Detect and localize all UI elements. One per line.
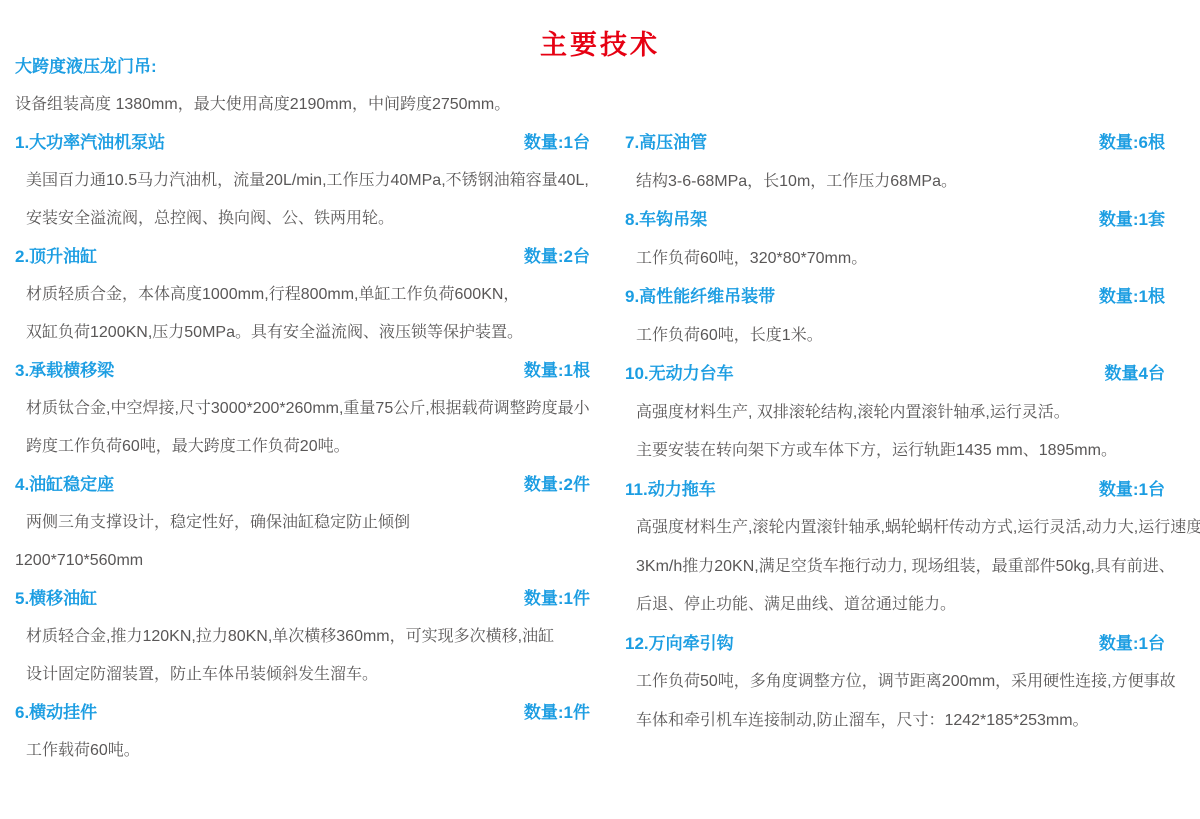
spec-item: 9.高性能纤维吊装带数量:1根工作负荷60吨，长度1米。 <box>625 278 1180 355</box>
item-heading-row: 1.大功率汽油机泵站数量:1台 <box>15 124 590 162</box>
item-name: 1.大功率汽油机泵站 <box>15 124 165 162</box>
right-items-list: 7.高压油管数量:6根结构3-6-68MPa，长10m，工作压力68MPa。8.… <box>625 124 1180 740</box>
item-quantity: 数量:1台 <box>524 124 590 162</box>
item-heading-row: 6.横动挂件数量:1件 <box>15 694 590 732</box>
item-description-line: 材质钛合金,中空焊接,尺寸3000*200*260mm,重量75公斤,根据载荷调… <box>15 390 590 428</box>
item-name: 9.高性能纤维吊装带 <box>625 278 775 317</box>
item-heading-row: 2.顶升油缸数量:2台 <box>15 238 590 276</box>
item-quantity: 数量:1件 <box>524 694 590 732</box>
item-heading-row: 9.高性能纤维吊装带数量:1根 <box>625 278 1180 317</box>
spec-item: 2.顶升油缸数量:2台材质轻质合金，本体高度1000mm,行程800mm,单缸工… <box>15 238 590 352</box>
item-description-line: 高强度材料生产, 双排滚轮结构,滚轮内置滚针轴承,运行灵活。 <box>625 394 1180 433</box>
columns-container: 大跨度液压龙门吊: 设备组装高度 1380mm，最大使用高度2190mm，中间跨… <box>0 48 1200 770</box>
item-quantity: 数量:1根 <box>524 352 590 390</box>
item-description-line: 双缸负荷1200KN,压力50MPa。具有安全溢流阀、液压锁等保护装置。 <box>15 314 590 352</box>
item-description-line: 后退、停止功能、满足曲线、道岔通过能力。 <box>625 586 1180 625</box>
item-description-line: 设计固定防溜装置，防止车体吊装倾斜发生溜车。 <box>15 656 590 694</box>
spec-item: 5.横移油缸数量:1件材质轻合金,推力120KN,拉力80KN,单次横移360m… <box>15 580 590 694</box>
item-heading-row: 4.油缸稳定座数量:2件 <box>15 466 590 504</box>
item-heading-row: 12.万向牵引钩数量:1台 <box>625 625 1180 664</box>
item-description-line: 安装安全溢流阀，总控阀、换向阀、公、铁两用轮。 <box>15 200 590 238</box>
item-quantity: 数量:1根 <box>1099 278 1165 317</box>
item-description-line: 1200*710*560mm <box>15 542 590 580</box>
item-description-line: 材质轻合金,推力120KN,拉力80KN,单次横移360mm，可实现多次横移,油… <box>15 618 590 656</box>
item-description-line: 3Km/h推力20KN,满足空货车拖行动力, 现场组装，最重部件50kg,具有前… <box>625 548 1180 587</box>
item-heading-row: 8.车钩吊架数量:1套 <box>625 201 1180 240</box>
item-name: 10.无动力台车 <box>625 355 734 394</box>
spec-item: 6.横动挂件数量:1件工作载荷60吨。 <box>15 694 590 770</box>
item-name: 12.万向牵引钩 <box>625 625 734 664</box>
item-description-line: 主要安装在转向架下方或车体下方，运行轨距1435 mm、1895mm。 <box>625 432 1180 471</box>
item-description-line: 工作载荷60吨。 <box>15 732 590 770</box>
item-name: 6.横动挂件 <box>15 694 97 732</box>
item-heading-row: 3.承载横移梁数量:1根 <box>15 352 590 390</box>
item-name: 11.动力拖车 <box>625 471 716 510</box>
page-title: 主要技术 <box>0 0 1200 34</box>
item-quantity: 数量:1台 <box>1099 625 1165 664</box>
item-name: 5.横移油缸 <box>15 580 97 618</box>
left-items-list: 1.大功率汽油机泵站数量:1台美国百力通10.5马力汽油机，流量20L/min,… <box>15 124 590 770</box>
item-heading-row: 5.横移油缸数量:1件 <box>15 580 590 618</box>
item-name: 2.顶升油缸 <box>15 238 97 276</box>
spec-item: 4.油缸稳定座数量:2件两侧三角支撑设计，稳定性好，确保油缸稳定防止倾倒1200… <box>15 466 590 580</box>
spec-item: 8.车钩吊架数量:1套工作负荷60吨，320*80*70mm。 <box>625 201 1180 278</box>
spec-item: 12.万向牵引钩数量:1台工作负荷50吨，多角度调整方位，调节距离200mm，采… <box>625 625 1180 741</box>
item-description-line: 美国百力通10.5马力汽油机，流量20L/min,工作压力40MPa,不锈钢油箱… <box>15 162 590 200</box>
right-column: 7.高压油管数量:6根结构3-6-68MPa，长10m，工作压力68MPa。8.… <box>625 48 1180 770</box>
item-description-line: 材质轻质合金，本体高度1000mm,行程800mm,单缸工作负荷600KN， <box>15 276 590 314</box>
item-description-line: 工作负荷50吨，多角度调整方位，调节距离200mm，采用硬性连接,方便事故 <box>625 663 1180 702</box>
item-name: 3.承载横移梁 <box>15 352 114 390</box>
item-description-line: 跨度工作负荷60吨，最大跨度工作负荷20吨。 <box>15 428 590 466</box>
spec-item: 7.高压油管数量:6根结构3-6-68MPa，长10m，工作压力68MPa。 <box>625 124 1180 201</box>
item-heading-row: 7.高压油管数量:6根 <box>625 124 1180 163</box>
item-name: 4.油缸稳定座 <box>15 466 114 504</box>
item-quantity: 数量:2件 <box>524 466 590 504</box>
item-heading-row: 11.动力拖车数量:1台 <box>625 471 1180 510</box>
item-heading-row: 10.无动力台车数量4台 <box>625 355 1180 394</box>
item-quantity: 数量:2台 <box>524 238 590 276</box>
item-description-line: 高强度材料生产,滚轮内置滚针轴承,蜗轮蜗杆传动方式,运行灵活,动力大,运行速度 <box>625 509 1180 548</box>
spec-sheet-page: 主要技术 大跨度液压龙门吊: 设备组装高度 1380mm，最大使用高度2190m… <box>0 0 1200 770</box>
item-quantity: 数量:6根 <box>1099 124 1165 163</box>
item-description-line: 车体和牵引机车连接制动,防止溜车，尺寸：1242*185*253mm。 <box>625 702 1180 741</box>
item-description-line: 结构3-6-68MPa，长10m，工作压力68MPa。 <box>625 163 1180 202</box>
item-description-line: 工作负荷60吨，320*80*70mm。 <box>625 240 1180 279</box>
intro-heading: 大跨度液压龙门吊: <box>15 48 590 86</box>
item-name: 7.高压油管 <box>625 124 707 163</box>
intro-text: 设备组装高度 1380mm，最大使用高度2190mm，中间跨度2750mm。 <box>15 86 590 124</box>
spec-item: 10.无动力台车数量4台高强度材料生产, 双排滚轮结构,滚轮内置滚针轴承,运行灵… <box>625 355 1180 471</box>
spec-item: 11.动力拖车数量:1台高强度材料生产,滚轮内置滚针轴承,蜗轮蜗杆传动方式,运行… <box>625 471 1180 625</box>
spec-item: 3.承载横移梁数量:1根材质钛合金,中空焊接,尺寸3000*200*260mm,… <box>15 352 590 466</box>
item-quantity: 数量:1台 <box>1099 471 1165 510</box>
item-description-line: 两侧三角支撑设计，稳定性好，确保油缸稳定防止倾倒 <box>15 504 590 542</box>
left-column: 大跨度液压龙门吊: 设备组装高度 1380mm，最大使用高度2190mm，中间跨… <box>15 48 590 770</box>
item-description-line: 工作负荷60吨，长度1米。 <box>625 317 1180 356</box>
item-quantity: 数量:1套 <box>1099 201 1165 240</box>
item-name: 8.车钩吊架 <box>625 201 707 240</box>
item-quantity: 数量4台 <box>1105 355 1165 394</box>
item-quantity: 数量:1件 <box>524 580 590 618</box>
spec-item: 1.大功率汽油机泵站数量:1台美国百力通10.5马力汽油机，流量20L/min,… <box>15 124 590 238</box>
